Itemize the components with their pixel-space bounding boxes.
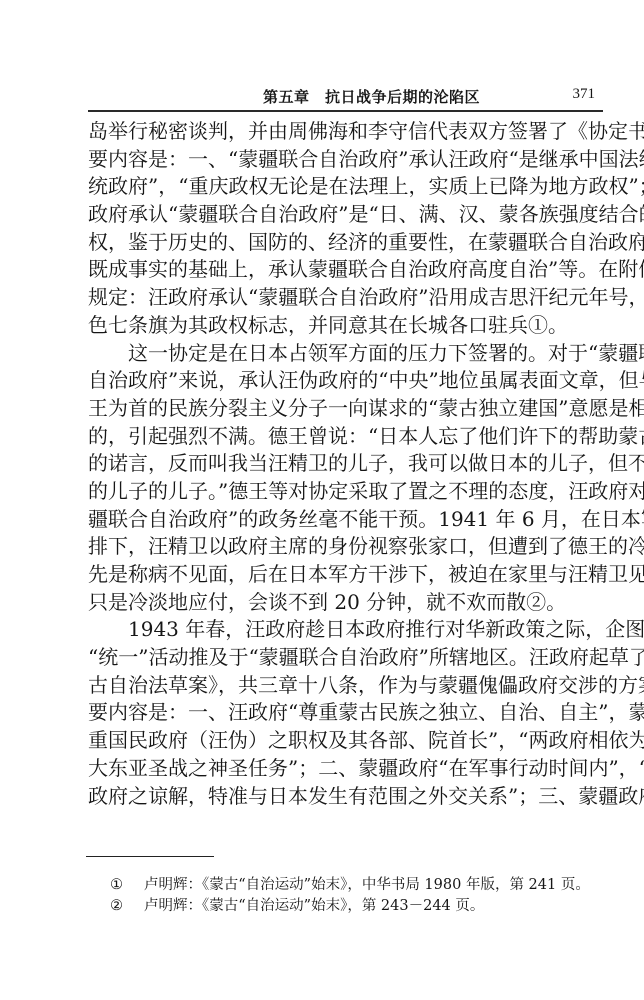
- text-line: “统一”活动推及于“蒙疆联合自治政府”所辖地区。汪政府起草了《蒙: [88, 644, 603, 672]
- footnote-marker: ②: [110, 896, 144, 917]
- text-line: 权，鉴于历史的、国防的、经济的重要性，在蒙疆联合自治政府全面施政: [88, 229, 603, 257]
- text-line: 排下，汪精卫以政府主席的身份视察张家口，但遭到了德王的冷遇。他: [88, 533, 603, 561]
- text-line: 政府之谅解，特准与日本发生有范围之外交关系”；三、蒙疆政府“应隶: [88, 783, 603, 811]
- text-line: 王为首的民族分裂主义分子一向谋求的“蒙古独立建国”意愿是相违背: [88, 395, 603, 423]
- text-line: 古自治法草案》，共三章十八条，作为与蒙疆傀儡政府交涉的方案。主: [88, 672, 603, 700]
- text-line: 的诺言，反而叫我当汪精卫的儿子，我可以做日本的儿子，但不能做他: [88, 450, 603, 478]
- text-line: 只是冷淡地应付，会谈不到 20 分钟，就不欢而散②。: [88, 589, 603, 617]
- text-line: 先是称病不见面，后在日本军方干涉下，被迫在家里与汪精卫见面，也: [88, 561, 603, 589]
- body-text: 岛举行秘密谈判，并由周佛海和李守信代表双方签署了《协定书》。主 要内容是：一、“…: [88, 118, 603, 810]
- footnote-marker: ①: [110, 875, 144, 896]
- text-line: 规定：汪政府承认“蒙疆联合自治政府”沿用成吉思汗纪元年号，使用四: [88, 284, 603, 312]
- text-line: 疆联合自治政府”的政务丝毫不能干预。1941 年 6 月，在日本军方安: [88, 506, 603, 534]
- paragraph-start-line: 1943 年春，汪政府趁日本政府推行对华新政策之际，企图将它的: [88, 616, 603, 644]
- paragraph-start-line: 这一协定是在日本占领军方面的压力下签署的。对于“蒙疆联合: [88, 340, 603, 368]
- footnote-2: ② 卢明辉：《蒙古“自治运动”始末》，第 243－244 页。: [110, 896, 590, 917]
- text-line: 的，引起强烈不满。德王曾说：“日本人忘了他们许下的帮助蒙古建国: [88, 423, 603, 451]
- header-rule: [88, 110, 603, 112]
- text-line: 政府承认“蒙疆联合自治政府”是“日、满、汉、蒙各族强度结合的地方政: [88, 201, 603, 229]
- text-line: 重国民政府（汪伪）之职权及其各部、院首长”，“两政府相依为命，完成: [88, 727, 603, 755]
- page-number: 371: [573, 86, 596, 103]
- footnote-text: 卢明辉：《蒙古“自治运动”始末》，第 243－244 页。: [144, 896, 484, 917]
- footnote-1: ① 卢明辉：《蒙古“自治运动”始末》，中华书局 1980 年版，第 241 页。: [110, 875, 590, 896]
- text-line: 岛举行秘密谈判，并由周佛海和李守信代表双方签署了《协定书》。主: [88, 118, 603, 146]
- text-line: 要内容是：一、“蒙疆联合自治政府”承认汪政府“是继承中国法统的正: [88, 146, 603, 174]
- footnote-text: 卢明辉：《蒙古“自治运动”始末》，中华书局 1980 年版，第 241 页。: [144, 875, 590, 896]
- text-line: 自治政府”来说，承认汪伪政府的“中央”地位虽属表面文章，但与以德: [88, 367, 603, 395]
- text-line: 统政府”，“重庆政权无论是在法理上，实质上已降为地方政权”；二、汪: [88, 173, 603, 201]
- chapter-title: 第五章 抗日战争后期的沦陷区: [263, 86, 480, 107]
- text-line: 要内容是：一、汪政府“尊重蒙古民族之独立、自治、自主”，蒙疆政府“尊: [88, 699, 603, 727]
- running-header: 第五章 抗日战争后期的沦陷区 371: [88, 82, 603, 110]
- text-line: 色七条旗为其政权标志，并同意其在长城各口驻兵①。: [88, 312, 603, 340]
- text-line: 大东亚圣战之神圣任务”；二、蒙疆政府“在军事行动时间内”，“得国民: [88, 755, 603, 783]
- footnotes: ① 卢明辉：《蒙古“自治运动”始末》，中华书局 1980 年版，第 241 页。…: [110, 875, 590, 917]
- text-line: 的儿子的儿子。”德王等对协定采取了置之不理的态度，汪政府对于“蒙: [88, 478, 603, 506]
- text-line: 既成事实的基础上，承认蒙疆联合自治政府高度自治”等。在附件中还: [88, 256, 603, 284]
- footnote-rule: [86, 856, 214, 857]
